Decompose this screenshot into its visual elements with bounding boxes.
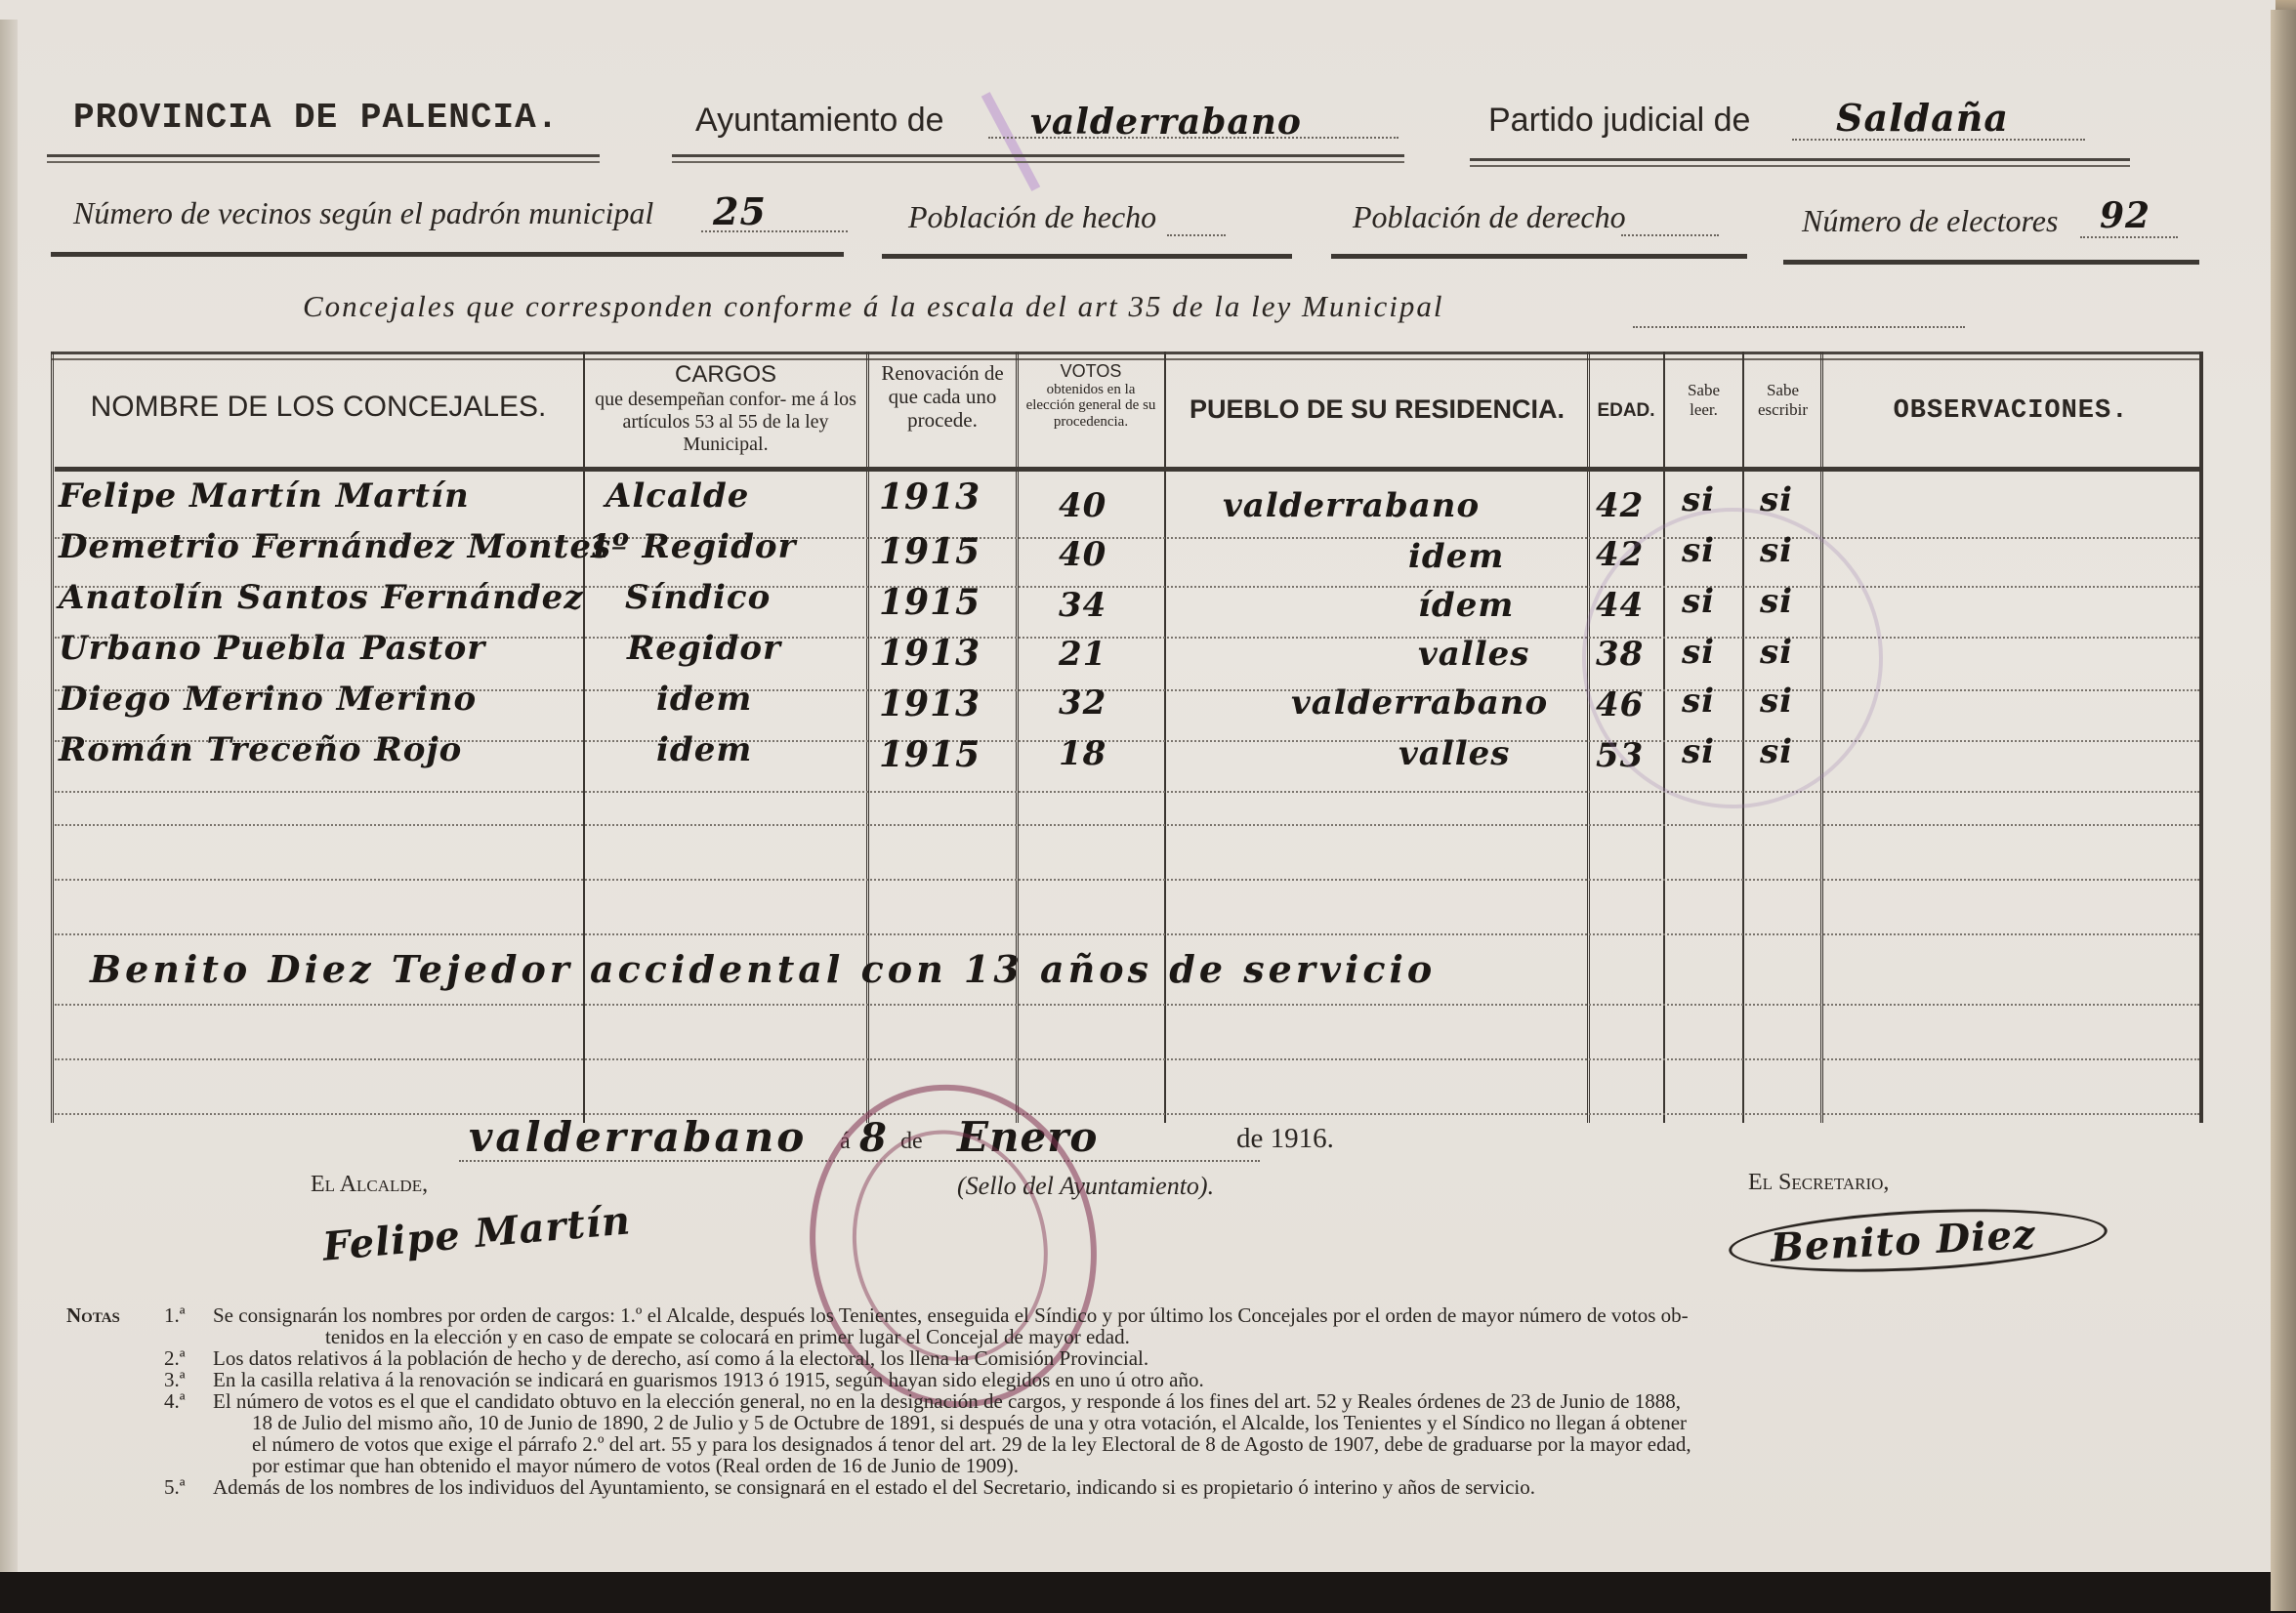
header-nombre: NOMBRE DE LOS CONCEJALES. — [55, 391, 582, 425]
partido-value: Saldaña — [1836, 96, 2009, 140]
cell-pueblo: valderrabano — [1291, 683, 1548, 723]
header-rule — [672, 154, 1404, 163]
book-page-stack — [2271, 10, 2296, 1611]
cell-renovacion: 1915 — [879, 531, 981, 572]
row-line — [55, 879, 2199, 881]
faint-stamp-impression — [1582, 508, 1883, 808]
row-line — [55, 1113, 2199, 1115]
document-page: PROVINCIA DE PALENCIA. Ayuntamiento de v… — [0, 0, 2275, 1572]
cell-renovacion: 1915 — [879, 734, 981, 775]
partido-label: Partido judicial de — [1488, 102, 1750, 140]
cell-pueblo: valles — [1398, 734, 1510, 773]
note-line: En la casilla relativa á la renovación s… — [213, 1369, 1204, 1391]
header-sabe-escribir: Sabe escribir — [1746, 381, 1819, 419]
header-edad: EDAD. — [1591, 400, 1661, 422]
book-gutter — [0, 20, 18, 1572]
cell-votos: 18 — [1059, 734, 1106, 773]
cell-pueblo: valderrabano — [1223, 486, 1480, 525]
cell-votos: 34 — [1059, 586, 1106, 625]
electores-label: Número de electores — [1802, 203, 2058, 239]
note-number: 2.ª — [164, 1347, 186, 1370]
cell-renovacion: 1913 — [879, 476, 981, 517]
header-rule — [47, 154, 600, 163]
cell-cargo: Regidor — [627, 629, 781, 668]
cell-nombre: Román Treceño Rojo — [59, 730, 462, 769]
cell-votos: 40 — [1059, 535, 1106, 574]
cell-pueblo: ídem — [1418, 586, 1514, 625]
note-line: 18 de Julio del mismo año, 10 de Junio d… — [252, 1412, 1687, 1434]
note-line: El número de votos es el que el candidat… — [213, 1390, 1681, 1413]
note-line: Se consignarán los nombres por orden de … — [213, 1304, 1689, 1327]
cell-cargo: Síndico — [625, 578, 771, 617]
census-rule — [1783, 260, 2199, 265]
cell-cargo: idem — [656, 680, 752, 719]
census-rule — [51, 252, 844, 257]
header-bottom-rule — [55, 467, 2199, 472]
subtitle-dots — [1633, 316, 1965, 328]
poblacion-derecho-field — [1621, 221, 1719, 236]
cell-nombre: Felipe Martín Martín — [59, 476, 470, 516]
row-line — [55, 1058, 2199, 1060]
vecinos-value: 25 — [713, 189, 767, 233]
poblacion-hecho-label: Población de hecho — [908, 199, 1156, 235]
row-line — [55, 1004, 2199, 1006]
table-border-right — [2199, 352, 2203, 1123]
cell-nombre: Urbano Puebla Pastor — [59, 629, 485, 668]
date-year: de 1916. — [1236, 1123, 1334, 1155]
cell-pueblo: valles — [1418, 635, 1529, 674]
alcalde-label: El Alcalde, — [311, 1172, 428, 1198]
cell-cargo: idem — [656, 730, 752, 769]
cell-votos: 21 — [1059, 635, 1106, 674]
ayuntamiento-label: Ayuntamiento de — [695, 102, 944, 140]
row-line — [55, 791, 2199, 793]
cell-renovacion: 1913 — [879, 633, 981, 674]
header-cargos-sub: que desempeñan confor- me á los artículo… — [586, 389, 865, 456]
electores-value: 92 — [2100, 195, 2150, 236]
table-top-rule — [51, 352, 2203, 360]
cell-cargo: Alcalde — [605, 476, 749, 516]
secretario-signature: Benito Diez — [1728, 1201, 2108, 1280]
note-number: 3.ª — [164, 1369, 186, 1391]
cell-votos: 40 — [1059, 486, 1106, 525]
header-votos-title: VOTOS — [1020, 361, 1162, 382]
secretario-label: El Secretario, — [1748, 1170, 1889, 1196]
row-line — [55, 933, 2199, 935]
header-cargos: CARGOS que desempeñan confor- me á los a… — [586, 361, 865, 456]
note-line: por estimar que han obtenido el mayor nú… — [252, 1455, 1019, 1477]
cell-cargo: 1º Regidor — [588, 527, 796, 566]
cell-renovacion: 1915 — [879, 582, 981, 623]
note-line: el número de votos que exige el párrafo … — [252, 1433, 1691, 1456]
note-number: 1.ª — [164, 1304, 186, 1327]
concejales-table: NOMBRE DE LOS CONCEJALES. CARGOS que des… — [51, 352, 2203, 1123]
note-number: 5.ª — [164, 1476, 186, 1499]
place-value: valderrabano — [469, 1113, 807, 1161]
cell-edad: 42 — [1596, 486, 1644, 525]
header-votos-sub: obtenidos en la elección general de su p… — [1020, 382, 1162, 431]
ayuntamiento-value: valderrabano — [1030, 102, 1302, 143]
header-votos: VOTOS obtenidos en la elección general d… — [1020, 361, 1162, 430]
header-renovacion: Renovación de que cada uno procede. — [871, 361, 1014, 432]
note-line: Además de los nombres de los individuos … — [213, 1476, 1535, 1499]
header-cargos-title: CARGOS — [586, 361, 865, 389]
header-sabe-leer: Sabe leer. — [1667, 381, 1740, 419]
header-observaciones: OBSERVACIONES. — [1824, 396, 2197, 427]
cell-nombre: Anatolín Santos Fernández — [59, 578, 584, 617]
header-pueblo: PUEBLO DE SU RESIDENCIA. — [1168, 394, 1586, 425]
table-subtitle: Concejales que corresponden conforme á l… — [303, 289, 1443, 324]
header-rule — [1470, 158, 2130, 167]
notes-label: Notas — [66, 1304, 120, 1327]
row-line — [55, 824, 2199, 826]
note-number: 4.ª — [164, 1390, 186, 1413]
note-line: tenidos en la elección y en caso de empa… — [325, 1326, 1130, 1348]
vecinos-label: Número de vecinos según el padrón munici… — [73, 195, 653, 231]
census-rule — [882, 254, 1292, 259]
poblacion-derecho-label: Población de derecho — [1353, 199, 1626, 235]
census-rule — [1331, 254, 1747, 259]
cell-nombre: Demetrio Fernández Montes — [59, 527, 611, 566]
note-line: Los datos relativos á la población de he… — [213, 1347, 1148, 1370]
poblacion-hecho-field — [1167, 221, 1226, 236]
cell-votos: 32 — [1059, 683, 1106, 723]
province-title: PROVINCIA DE PALENCIA. — [73, 98, 559, 138]
alcalde-signature: Felipe Martín — [321, 1197, 633, 1269]
secretary-note: Benito Diez Tejedor accidental con 13 añ… — [90, 947, 1436, 991]
cell-nombre: Diego Merino Merino — [59, 680, 477, 719]
cell-renovacion: 1913 — [879, 683, 981, 724]
cell-pueblo: idem — [1408, 537, 1504, 576]
